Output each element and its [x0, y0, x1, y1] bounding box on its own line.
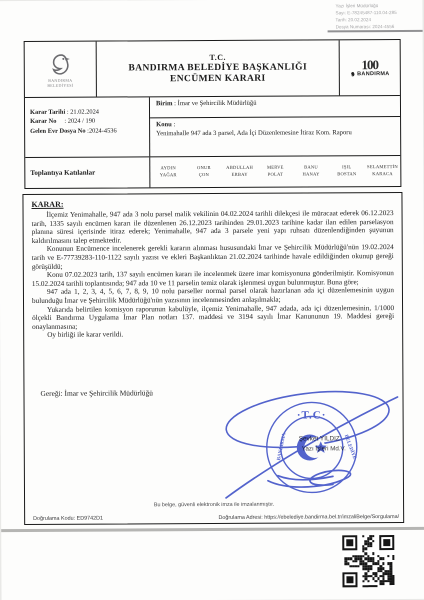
qr-finder — [342, 535, 357, 550]
official-stamp: ·T.C· BANDIRMA BELEDİYE — [207, 385, 413, 506]
title-municipality: BANDIRMA BELEDİYE BAŞKANLIĞI — [128, 62, 307, 73]
attendees-label: Toplantıya Katılanlar — [25, 157, 150, 188]
decision-body-box: KARAR: İlçemiz Yenimahalle, 947 ada 3 no… — [22, 192, 404, 525]
verification-address: Doğrulama Adresi: https://ebelediye.band… — [218, 514, 399, 521]
small-bird-icon — [350, 71, 356, 77]
left-logo-caption: BANDIRMA BELEDİYESİ — [47, 77, 73, 87]
attendee: ABDULLAHERBAY — [222, 165, 258, 179]
karar-no-value: 2024 / 190 — [68, 118, 95, 125]
decision-heading: KARAR: — [31, 198, 393, 209]
attendees-list: AYDINYAĞAR ONURÇON ABDULLAHERBAY MERVEPO… — [150, 156, 400, 187]
official-stamp-icon: ·T.C· BANDIRMA BELEDİYE — [207, 385, 413, 506]
decision-paragraph: 947 ada 1, 2, 3, 4, 5, 6, 7, 8, 9, 10 no… — [32, 286, 394, 305]
gelen-evr-value: 2024-4536 — [89, 127, 117, 134]
decision-paragraph: Yukarıda belirtilen komisyon raporunun k… — [32, 304, 394, 332]
decision-paragraph: Oy birliği ile karar verildi. — [32, 329, 394, 339]
attendee: BANUHANAY — [293, 164, 329, 178]
right-logo-caption: BANDIRMA — [357, 71, 389, 77]
scan-shadow-line — [1, 527, 424, 532]
esign-note: Bu belge, güvenli elektronik imza ile im… — [25, 501, 403, 509]
letterhead-block: Yazı İşleri Müdürlüğü Sayı: E-78245487-1… — [335, 3, 421, 31]
verification-code: Doğrulama Kodu: ED9742D1 — [33, 516, 103, 522]
konu-row: Konu : Yenimahalle 947 ada 3 parsel, Ada… — [150, 117, 400, 156]
attendee: SELAMETTİNKARACA — [365, 164, 401, 178]
decision-paragraph: Konu 07.02.2023 tarih, 137 sayılı encüme… — [32, 269, 394, 288]
document-header-table: BANDIRMA BELEDİYESİ T.C. BANDIRMA BELEDİ… — [24, 39, 402, 189]
qr-finder — [379, 535, 394, 550]
konu-value: Yenimahalle 947 ada 3 parsel, Ada İçi Dü… — [156, 128, 394, 138]
municipality-logo: BANDIRMA BELEDİYESİ — [25, 42, 97, 97]
centennial-logo: 100 BANDIRMA — [340, 40, 400, 95]
geregi-line: Gereği: İmar ve Şehircilik Müdürlüğü — [40, 388, 153, 398]
birim-value: İmar ve Şehircilik Müdürlüğü — [178, 100, 257, 107]
document-sheet: Yazı İşleri Müdürlüğü Sayı: E-78245487-1… — [0, 0, 424, 600]
birim-row: Birim : İmar ve Şehircilik Müdürlüğü — [150, 96, 400, 118]
karar-tarihi-value: 21.02.2024 — [70, 109, 99, 116]
decision-paragraph: Konunun Encümence incelenerek gerekli ka… — [32, 243, 394, 271]
qr-finder — [342, 572, 357, 587]
decision-meta: Karar Tarihi : 21.02.2024 Karar No : 202… — [25, 97, 150, 157]
bird-logo-icon — [47, 51, 73, 77]
attendee: IŞILBOSTAN — [329, 164, 365, 178]
verification-row: Doğrulama Kodu: ED9742D1 Doğrulama Adres… — [33, 514, 399, 522]
gelen-evr-row: Gelen Evr Dosya No :2024-4536 — [30, 126, 145, 136]
attendee: MERVEPOLAT — [257, 165, 293, 179]
title-decision-type: ENCÜMEN KARARI — [170, 74, 266, 85]
attendee: AYDINYAĞAR — [150, 165, 186, 179]
decision-paragraph: İlçemiz Yenimahalle, 947 ada 3 nolu pars… — [32, 209, 394, 245]
centennial-100-icon: 100 — [361, 58, 378, 71]
qr-code — [342, 535, 394, 587]
svg-text:·T.C·: ·T.C· — [297, 409, 327, 421]
title-tc: T.C. — [209, 53, 226, 62]
document-title: T.C. BANDIRMA BELEDİYE BAŞKANLIĞI ENCÜME… — [97, 40, 340, 96]
attendee: ONURÇON — [186, 165, 222, 179]
letterhead-divider — [328, 30, 423, 32]
